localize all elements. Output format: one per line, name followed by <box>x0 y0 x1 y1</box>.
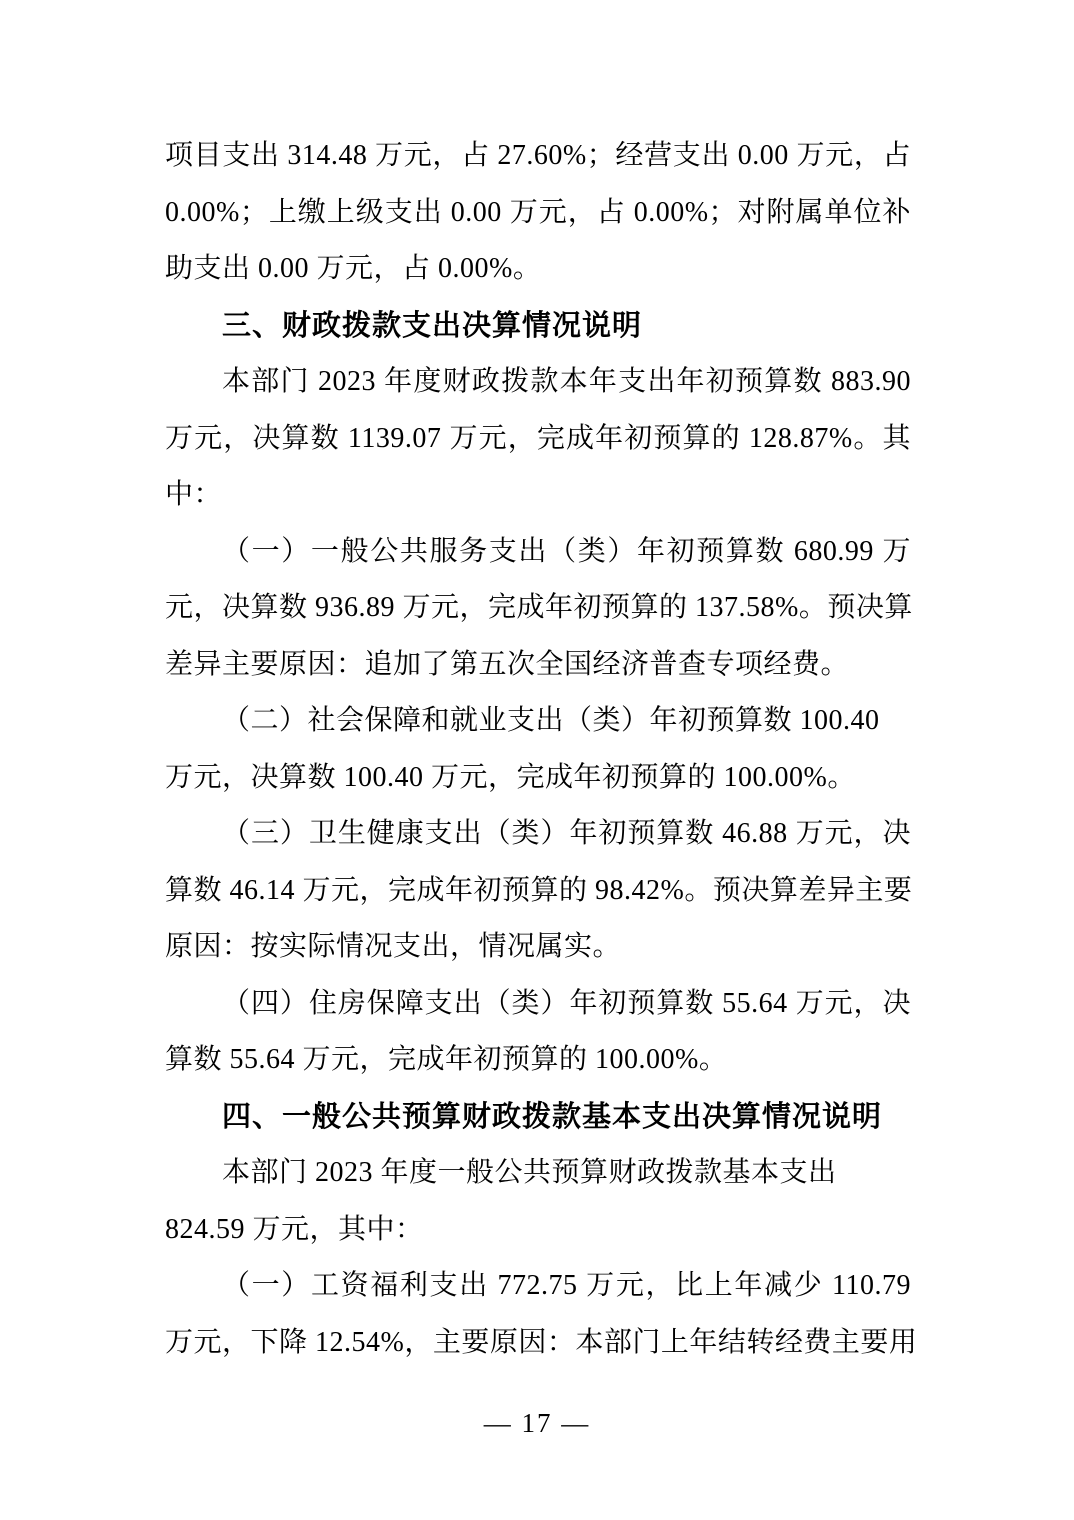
paragraph-first-line: （一）一般公共服务支出（类）年初预算数 680.99 万 <box>165 524 911 581</box>
body-line: 差异主要原因：追加了第五次全国经济普查专项经费。 <box>165 637 911 694</box>
body-line: 原因：按实际情况支出，情况属实。 <box>165 919 911 976</box>
body-line: 元，决算数 936.89 万元，完成年初预算的 137.58%。预决算 <box>165 580 911 637</box>
section-heading-3: 三、财政拨款支出决算情况说明 <box>165 298 911 355</box>
body-line: 助支出 0.00 万元，占 0.00%。 <box>165 241 911 298</box>
paragraph-first-line: 本部门 2023 年度一般公共预算财政拨款基本支出 <box>165 1145 911 1202</box>
body-line: 0.00%；上缴上级支出 0.00 万元，占 0.00%；对附属单位补 <box>165 185 911 242</box>
paragraph-first-line: （一）工资福利支出 772.75 万元，比上年减少 110.79 <box>165 1258 911 1315</box>
body-line: 万元，下降 12.54%，主要原因：本部门上年结转经费主要用 <box>165 1315 911 1372</box>
section-heading-4: 四、一般公共预算财政拨款基本支出决算情况说明 <box>165 1089 911 1146</box>
page-number: — 17 — <box>0 1403 1074 1443</box>
body-line: 算数 46.14 万元，完成年初预算的 98.42%。预决算差异主要 <box>165 863 911 920</box>
body-line: 中： <box>165 467 911 524</box>
body-line: 万元，决算数 100.40 万元，完成年初预算的 100.00%。 <box>165 750 911 807</box>
body-line: 项目支出 314.48 万元，占 27.60%；经营支出 0.00 万元，占 <box>165 128 911 185</box>
paragraph-first-line: （三）卫生健康支出（类）年初预算数 46.88 万元，决 <box>165 806 911 863</box>
body-line: 万元，决算数 1139.07 万元，完成年初预算的 128.87%。其 <box>165 411 911 468</box>
paragraph-first-line: 本部门 2023 年度财政拨款本年支出年初预算数 883.90 <box>165 354 911 411</box>
paragraph-first-line: （四）住房保障支出（类）年初预算数 55.64 万元，决 <box>165 976 911 1033</box>
paragraph-first-line: （二）社会保障和就业支出（类）年初预算数 100.40 <box>165 693 911 750</box>
document-page: 项目支出 314.48 万元，占 27.60%；经营支出 0.00 万元，占 0… <box>0 0 1074 1520</box>
document-body: 项目支出 314.48 万元，占 27.60%；经营支出 0.00 万元，占 0… <box>165 128 911 1371</box>
body-line: 算数 55.64 万元，完成年初预算的 100.00%。 <box>165 1032 911 1089</box>
body-line: 824.59 万元，其中： <box>165 1202 911 1259</box>
